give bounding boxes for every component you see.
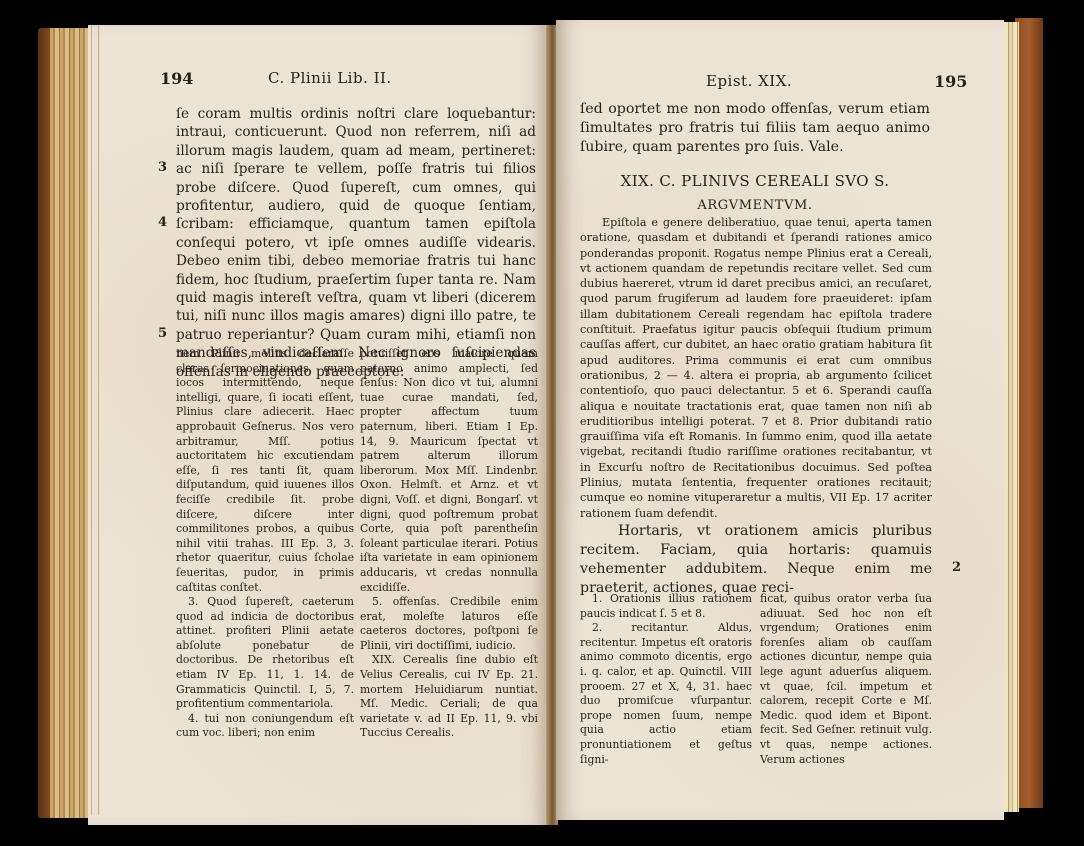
footnote: 2. recitantur. Aldus, recitentur. Impetu… — [580, 621, 752, 767]
opening-paragraph: ſed oportet me non modo offenſas, verum … — [580, 100, 930, 157]
footnotes-column-1: 1. Orationis illius rationem paucis indi… — [580, 592, 752, 767]
footnotes-column-2: ficat, quibus orator verba ſua adiuuat. … — [760, 592, 932, 767]
right-page: Epist. XIX. 195 ſed oportet me non modo … — [556, 20, 1004, 820]
footnote: XIX. Cerealis ſine dubio eſt Velius Cere… — [360, 653, 538, 741]
argument-heading: ARGVMENTVM. — [580, 198, 930, 213]
book-cover-right — [1015, 18, 1043, 808]
margin-number: 5 — [158, 326, 167, 341]
running-head: Epist. XIX. — [706, 72, 792, 90]
margin-number: 3 — [158, 160, 167, 175]
page-number: 194 — [160, 69, 193, 88]
main-text: ſe coram multis ordinis noſtri clare loq… — [176, 105, 536, 381]
letter-title: XIX. C. PLINIVS CEREALI SVO S. — [580, 172, 930, 190]
footnote: 5. offenſas. Credibile enim erat, moleſt… — [360, 595, 538, 653]
page-edge-lines — [88, 25, 102, 815]
open-book: 194 C. Plinii Lib. II. 3 4 5 ſe coram mu… — [20, 10, 1065, 836]
footnote: potuiſſet eos maiore quam paterno animo … — [360, 347, 538, 595]
page-number: 195 — [934, 72, 967, 91]
letter-paragraph: Hortaris, vt orationem amicis pluribus r… — [580, 522, 932, 598]
margin-number: 2 — [952, 560, 961, 575]
margin-number: 4 — [158, 215, 167, 230]
running-head: C. Plinii Lib. II. — [268, 69, 392, 87]
footnotes-column-1: nem Plinii melius declaraſſe claras ſerm… — [176, 347, 354, 741]
left-page: 194 C. Plinii Lib. II. 3 4 5 ſe coram mu… — [88, 25, 548, 825]
footnote: nem Plinii melius declaraſſe claras ſerm… — [176, 347, 354, 595]
footnote: ficat, quibus orator verba ſua adiuuat. … — [760, 592, 932, 767]
argument-text: Epiſtola e genere deliberatiuo, quae ten… — [580, 215, 932, 521]
footnote: 3. Quod ſupereſt, caeterum quod ad indic… — [176, 595, 354, 712]
footnote: 4. tui non coniungendum eſt cum voc. lib… — [176, 712, 354, 741]
main-paragraph: ſe coram multis ordinis noſtri clare loq… — [176, 105, 536, 381]
footnote: 1. Orationis illius rationem paucis indi… — [580, 592, 752, 621]
footnotes-column-2: potuiſſet eos maiore quam paterno animo … — [360, 347, 538, 741]
letter-text: Hortaris, vt orationem amicis pluribus r… — [580, 522, 932, 598]
opening-text: ſed oportet me non modo offenſas, verum … — [580, 100, 930, 157]
